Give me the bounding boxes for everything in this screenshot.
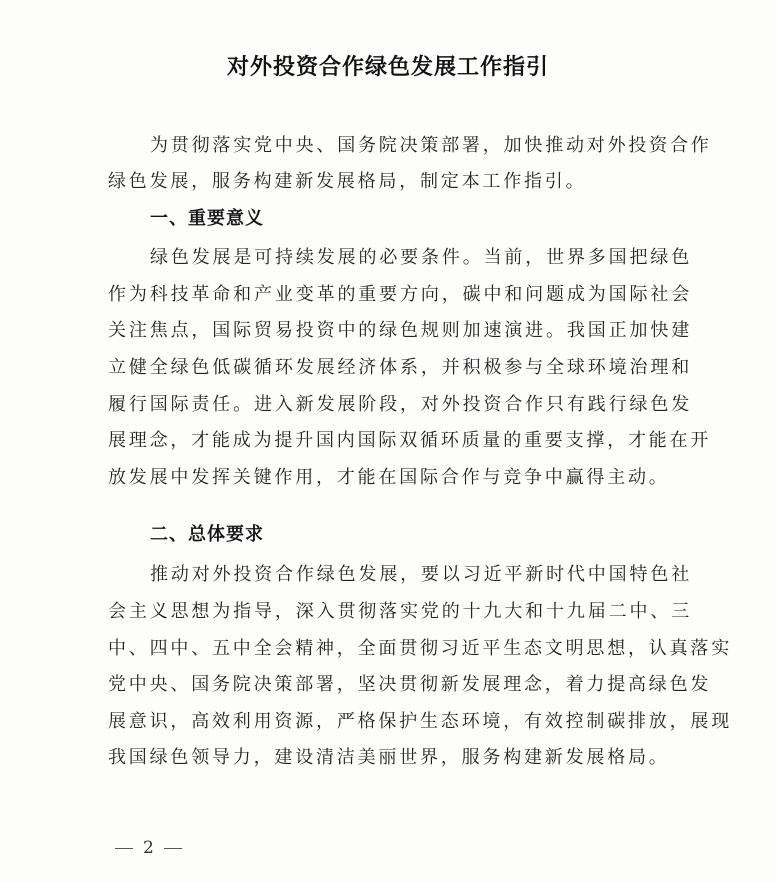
paragraph-line: 党中央、国务院决策部署，坚决贯彻新发展理念，着力提高绿色发: [108, 673, 692, 697]
page-number: 2: [115, 838, 182, 858]
paragraph-line: 作为科技革命和产业变革的重要方向，碳中和问题成为国际社会: [108, 283, 692, 307]
paragraph-line: 绿色发展是可持续发展的必要条件。当前，世界多国把绿色: [150, 246, 692, 270]
paragraph-line: 展意识，高效利用资源，严格保护生态环境，有效控制碳排放，展现: [108, 710, 692, 734]
document-title: 对外投资合作绿色发展工作指引: [0, 50, 776, 81]
paragraph-line: 推动对外投资合作绿色发展，要以习近平新时代中国特色社: [150, 563, 692, 587]
section-heading: 一、重要意义: [150, 207, 264, 231]
paragraph-line: 展理念，才能成为提升国内国际双循环质量的重要支撑，才能在开: [108, 429, 692, 453]
dash-left: [115, 848, 133, 849]
paragraph-line: 关注焦点，国际贸易投资中的绿色规则加速演进。我国正加快建: [108, 319, 692, 343]
paragraph-line: 中、四中、五中全会精神，全面贯彻习近平生态文明思想，认真落实: [108, 637, 692, 661]
intro-line: 绿色发展，服务构建新发展格局，制定本工作指引。: [108, 170, 692, 194]
paragraph-line: 放发展中发挥关键作用，才能在国际合作与竞争中赢得主动。: [108, 466, 692, 490]
paragraph-line: 我国绿色领导力，建设清洁美丽世界，服务构建新发展格局。: [108, 746, 692, 770]
page-number-value: 2: [143, 838, 154, 858]
dash-right: [164, 848, 182, 849]
paragraph-line: 立健全绿色低碳循环发展经济体系，并积极参与全球环境治理和: [108, 356, 692, 380]
section-heading: 二、总体要求: [150, 523, 264, 547]
paragraph-line: 会主义思想为指导，深入贯彻落实党的十九大和十九届二中、三: [108, 600, 692, 624]
paragraph-line: 履行国际责任。进入新发展阶段，对外投资合作只有践行绿色发: [108, 393, 692, 417]
intro-line: 为贯彻落实党中央、国务院决策部署，加快推动对外投资合作: [150, 134, 692, 158]
document-page: 对外投资合作绿色发展工作指引 为贯彻落实党中央、国务院决策部署，加快推动对外投资…: [0, 0, 776, 882]
